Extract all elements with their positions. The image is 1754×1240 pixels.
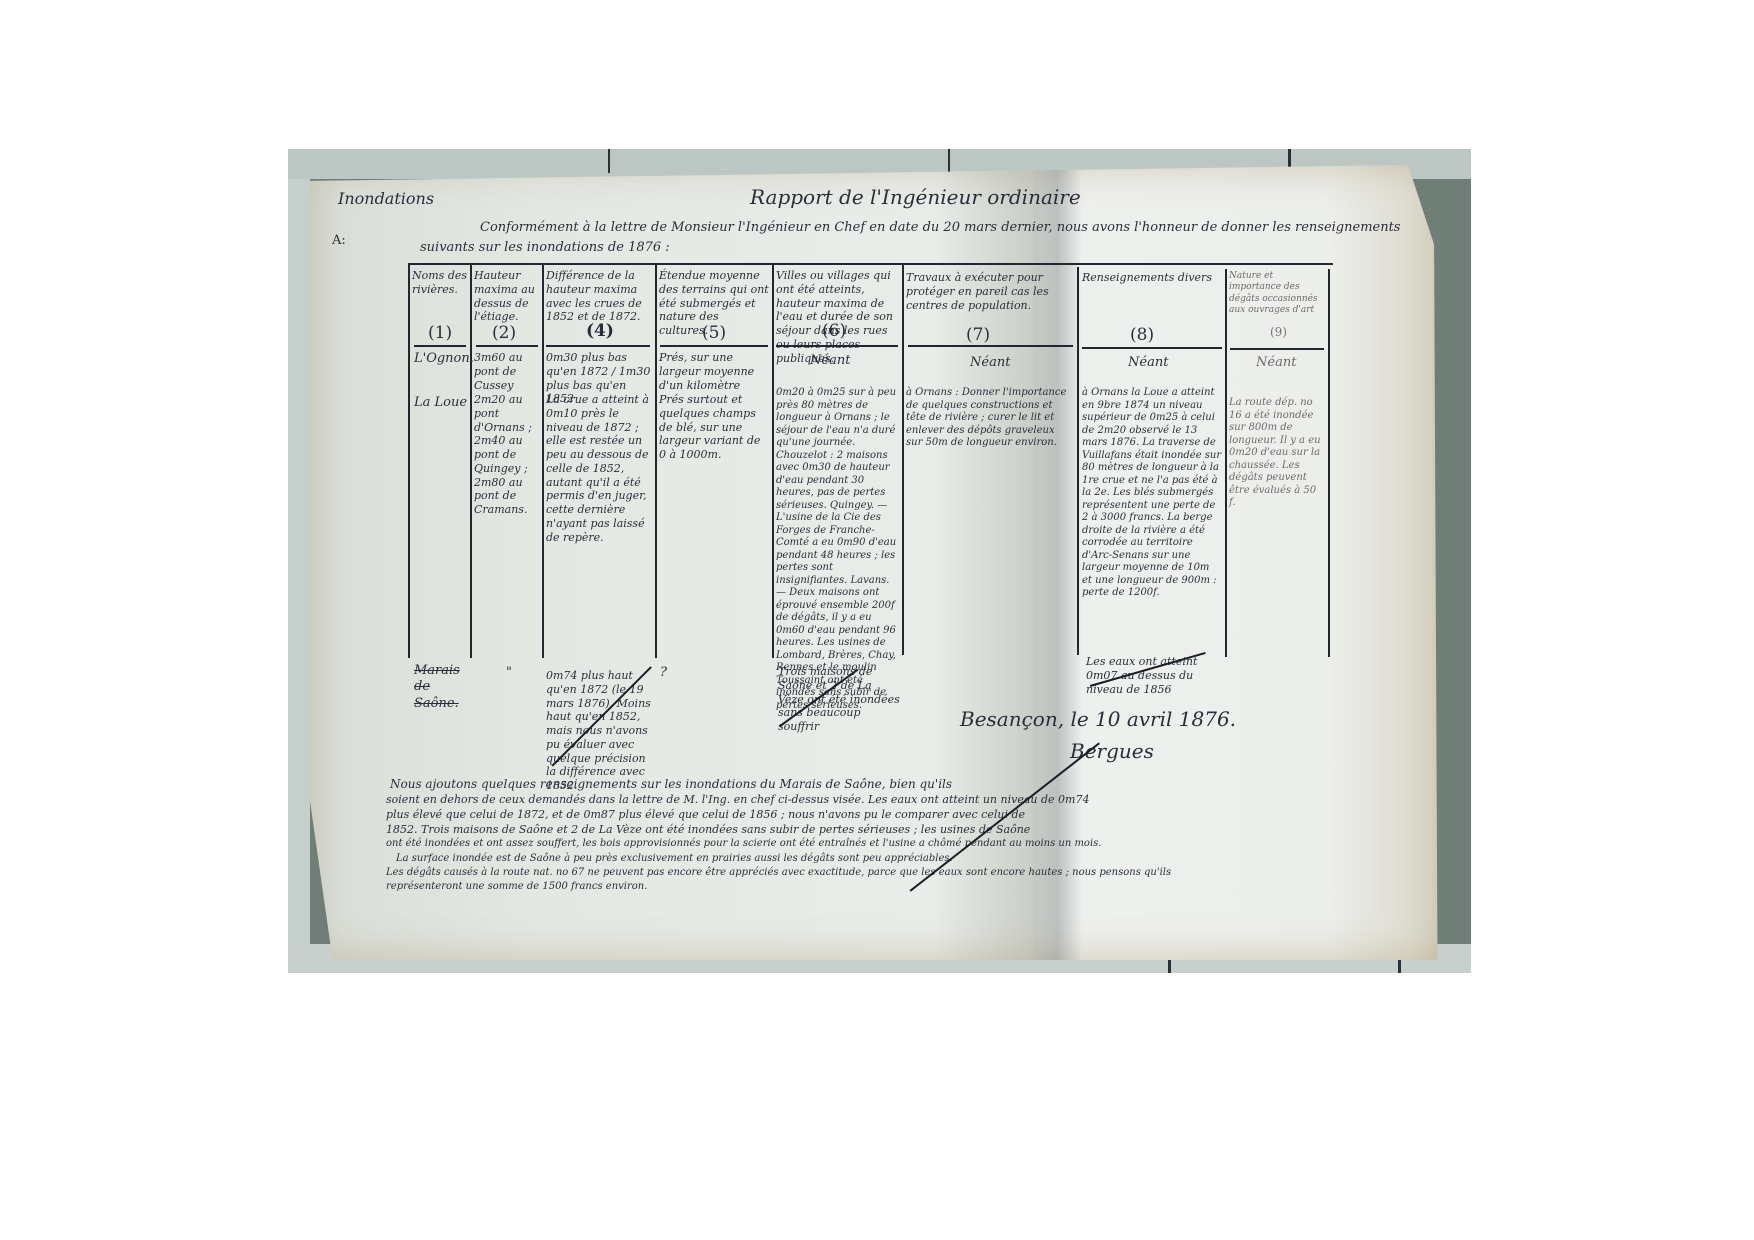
row2-damage: La route dép. no 16 a été inondée sur 80…: [1229, 397, 1323, 510]
col-header-1: Noms des rivières.: [412, 269, 468, 297]
row1-height: 3m60 au pont de Cussey: [474, 351, 540, 392]
col-header-8: Renseignements divers: [1082, 271, 1222, 285]
row3-extent: ?: [660, 665, 667, 681]
col-number-6: (6): [822, 321, 846, 341]
row3-misc: Les eaux ont atteint 0m07 au dessus du n…: [1086, 655, 1218, 696]
col-number-8: (8): [1130, 325, 1154, 345]
postscript-line-4: 1852. Trois maisons de Saône et 2 de La …: [386, 823, 1396, 837]
table-col-border: [408, 263, 410, 658]
row1-extent: Prés, sur une largeur moyenne d'un kilom…: [659, 351, 769, 392]
header-rule: [546, 345, 650, 347]
row3-river: Marais de Saône.: [414, 663, 470, 712]
row2-villages: 0m20 à 0m25 sur à peu près 80 mètres de …: [776, 387, 900, 712]
row2-works: à Ornans : Donner l'importance de quelqu…: [906, 387, 1074, 450]
col-number-5: (5): [702, 323, 726, 343]
table-col-border: [902, 265, 904, 655]
postscript-line-7: Les dégâts causés à la route nat. no 67 …: [386, 867, 1396, 880]
col-number-4: (4): [586, 321, 614, 341]
table-top-border: [408, 263, 1333, 265]
background-ledger-left: [288, 179, 310, 973]
table-col-border: [655, 263, 657, 658]
postscript-line-1: Nous ajoutons quelques renseignements su…: [390, 777, 1400, 792]
row1-misc: Néant: [1128, 355, 1168, 371]
margin-mark: A:: [332, 233, 346, 249]
row2-height: 2m20 au pont d'Ornans ; 2m40 au pont de …: [474, 393, 540, 517]
table-col-border: [470, 263, 472, 658]
col-header-2: Hauteur maxima au dessus de l'étiage.: [474, 269, 540, 324]
row1-works: Néant: [970, 355, 1010, 371]
header-rule: [776, 345, 898, 347]
header-rule: [414, 345, 466, 347]
table-col-border: [1328, 269, 1330, 657]
row1-river: L'Ognon.: [414, 351, 470, 367]
row1-damage: Néant: [1256, 355, 1296, 371]
row2-diff: La crue a atteint à 0m10 près le niveau …: [546, 393, 652, 544]
row3-diff: 0m74 plus haut qu'en 1872 (le 19 mars 18…: [546, 669, 652, 793]
signature-name: Bergues: [1070, 739, 1154, 764]
postscript-line-8: représenteront une somme de 1500 francs …: [386, 881, 1396, 894]
table-col-border: [542, 263, 544, 658]
col-header-6: Villes ou villages qui ont été atteints,…: [776, 269, 900, 365]
row2-river: La Loue: [414, 395, 470, 411]
table-col-border: [772, 263, 774, 658]
postscript-line-6: La surface inondée est de Saône à peu pr…: [396, 853, 1406, 866]
postscript-line-3: plus élevé que celui de 1872, et de 0m87…: [386, 808, 1396, 822]
header-rule: [1082, 347, 1222, 349]
row2-extent: Prés surtout et quelques champs de blé, …: [659, 393, 769, 462]
report-title: Rapport de l'Ingénieur ordinaire: [750, 185, 1081, 210]
report-sheet: Inondations A: Rapport de l'Ingénieur or…: [310, 165, 1442, 960]
header-rule: [660, 345, 768, 347]
intro-line-2: suivants sur les inondations de 1876 :: [420, 240, 670, 256]
col-number-1: (1): [428, 323, 452, 343]
ledger-line: [608, 149, 610, 173]
row3-villages: Trois maisons de Saône et 2 de La Vèze o…: [778, 665, 900, 734]
document-photo: Inondations A: Rapport de l'Ingénieur or…: [288, 149, 1471, 973]
col-number-2: (2): [492, 323, 516, 343]
row2-misc: à Ornans la Loue a atteint en 9bre 1874 …: [1082, 387, 1222, 600]
col-header-4: Différence de la hauteur maxima avec les…: [546, 269, 652, 324]
col-number-9: (9): [1270, 325, 1287, 339]
signature-place-date: Besançon, le 10 avril 1876.: [960, 707, 1236, 732]
row1-villages: Néant: [810, 353, 850, 369]
header-rule: [476, 345, 538, 347]
row3-height: ": [506, 665, 512, 681]
postscript-line-5: ont été inondées et ont assez souffert, …: [386, 838, 1396, 851]
intro-line-1: Conformément à la lettre de Monsieur l'I…: [480, 220, 1440, 236]
postscript-line-2: soient en dehors de ceux demandés dans l…: [386, 793, 1396, 807]
header-rule: [1230, 348, 1324, 350]
col-number-7: (7): [966, 325, 990, 345]
margin-label: Inondations: [338, 189, 434, 209]
ledger-line: [948, 149, 950, 173]
col-header-7: Travaux à exécuter pour protéger en pare…: [906, 271, 1074, 312]
table-col-border: [1077, 267, 1079, 655]
col-header-9: Nature et importance des dégâts occasion…: [1229, 271, 1325, 316]
header-rule: [908, 345, 1073, 347]
table-col-border: [1225, 269, 1227, 657]
